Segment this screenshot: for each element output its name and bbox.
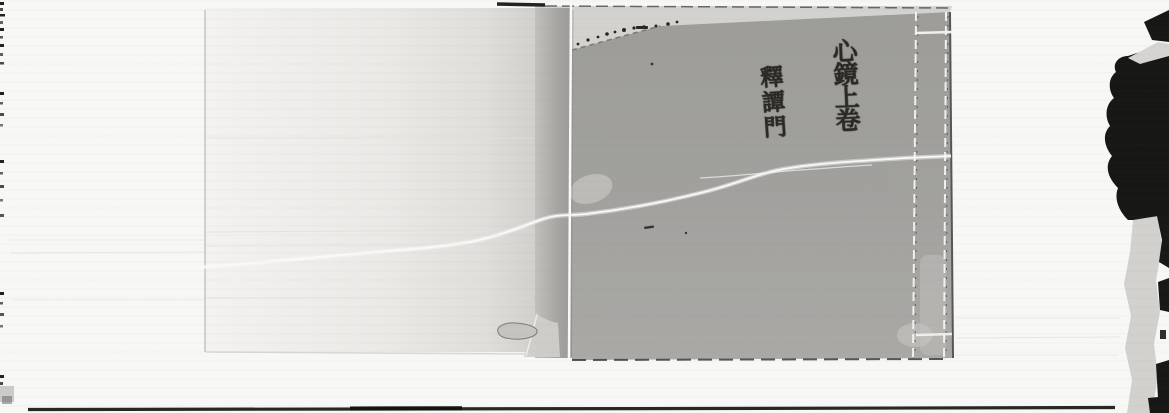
photograph-of-book: 心 鏡 上 卷 釋 譚 門 <box>0 0 1169 413</box>
cover-title-column: 心 鏡 上 卷 <box>832 39 861 132</box>
cover-subtitle-char: 譚 <box>761 90 786 117</box>
cover-subtitle-char: 釋 <box>759 65 784 92</box>
film-grain-overlay <box>0 0 1169 413</box>
cover-title-char: 卷 <box>835 108 861 132</box>
book-photo-scene <box>0 0 1169 413</box>
cover-subtitle-char: 門 <box>763 115 788 142</box>
